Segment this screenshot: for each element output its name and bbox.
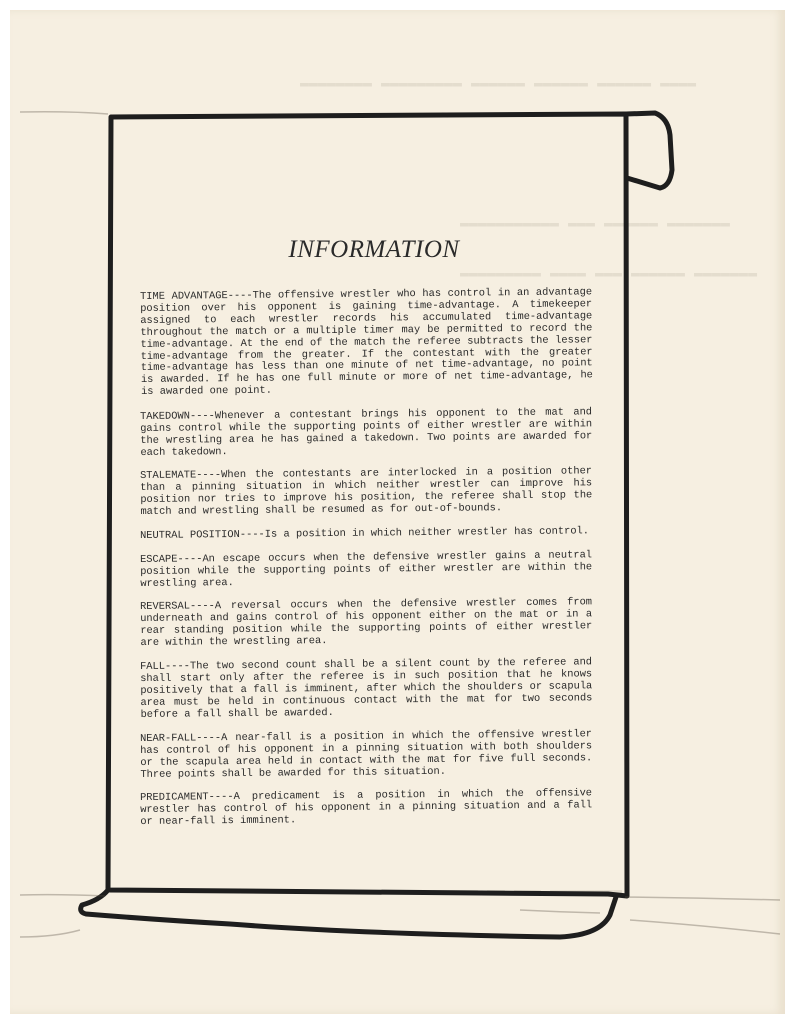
separator: ---- xyxy=(209,791,234,803)
separator: ---- xyxy=(190,601,215,613)
definition-predicament: PREDICAMENT----A predicament is a positi… xyxy=(140,788,592,828)
term: STALEMATE xyxy=(140,470,196,483)
definition-fall: FALL----The two second count shall be a … xyxy=(140,657,593,721)
definition-escape: ESCAPE----An escape occurs when the defe… xyxy=(140,550,592,590)
definition-text: Is a position in which neither wrestler … xyxy=(265,525,589,540)
page-title: INFORMATION xyxy=(283,236,465,264)
term: TAKEDOWN xyxy=(140,410,190,423)
definition-takedown: TAKEDOWN----Whenever a contestant brings… xyxy=(140,407,592,459)
separator: ---- xyxy=(228,290,253,302)
term: NEUTRAL POSITION xyxy=(140,529,240,542)
separator: ---- xyxy=(165,661,190,673)
separator: ---- xyxy=(196,732,221,744)
term: FALL xyxy=(140,661,165,673)
separator: ---- xyxy=(240,528,265,540)
definitions-list: TIME ADVANTAGE----The offensive wrestler… xyxy=(140,282,592,841)
definition-near-fall: NEAR-FALL----A near-fall is a position i… xyxy=(140,729,592,781)
definition-text: The two second count shall be a silent c… xyxy=(140,656,592,720)
separator: ---- xyxy=(177,553,202,565)
definition-stalemate: STALEMATE----When the contestants are in… xyxy=(140,466,592,518)
term: PREDICAMENT xyxy=(140,791,209,804)
term: ESCAPE xyxy=(140,553,178,565)
separator: ---- xyxy=(196,469,221,481)
definition-reversal: REVERSAL----A reversal occurs when the d… xyxy=(140,598,592,650)
definition-neutral-position: NEUTRAL POSITION----Is a position in whi… xyxy=(140,526,592,543)
definition-text: An escape occurs when the defensive wres… xyxy=(140,549,592,590)
term: NEAR-FALL xyxy=(140,732,196,745)
separator: ---- xyxy=(190,410,215,422)
definition-text: The offensive wrestler who has control i… xyxy=(140,287,593,399)
definition-time-advantage: TIME ADVANTAGE----The offensive wrestler… xyxy=(140,288,593,400)
